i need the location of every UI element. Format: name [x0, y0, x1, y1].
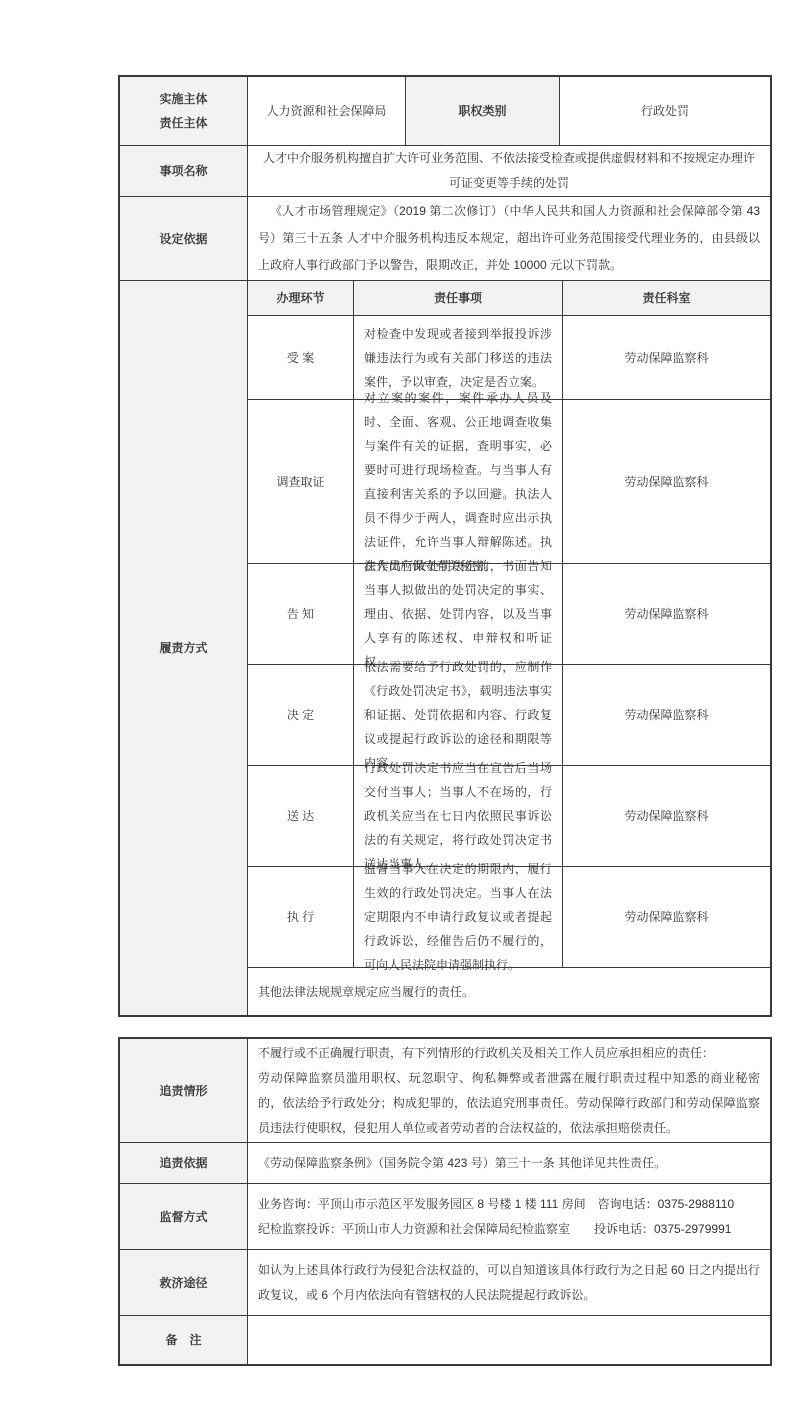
remarks-value — [248, 1316, 770, 1364]
duty-dept-cell: 劳动保障监察科 — [563, 665, 770, 765]
duty-row-investigate: 调查取证 对立案的案件，案件承办人员及时、全面、客观、公正地调查收集与案件有关的… — [248, 400, 770, 564]
accountability-basis-row: 追责依据 《劳动保障监察条例》（国务院令第 423 号）第三十一条 其他详见共性… — [120, 1143, 770, 1184]
duty-footer-row: 其他法律法规规章规定应当履行的责任。 — [248, 968, 770, 1015]
accountability-label: 追责情形 — [120, 1039, 248, 1142]
duty-dept-cell: 劳动保障监察科 — [563, 316, 770, 399]
item-name-value: 人才中介服务机构擅自扩大许可业务范围、不依法接受检查或提供虚假材料和不按规定办理… — [248, 146, 770, 196]
implementing-subject-label: 实施主体 责任主体 — [120, 77, 248, 145]
legal-basis-label: 设定依据 — [120, 197, 248, 280]
duty-col-step: 办理环节 — [248, 281, 354, 315]
duty-step-cell: 受 案 — [248, 316, 354, 399]
duty-dept-cell: 劳动保障监察科 — [563, 867, 770, 967]
responsibility-list-document: 实施主体 责任主体 人力资源和社会保障局 职权类别 行政处罚 事项名称 人才中介… — [118, 75, 772, 1366]
duty-step-cell: 调查取证 — [248, 400, 354, 563]
duty-header-row: 办理环节 责任事项 责任科室 — [248, 281, 770, 316]
supervision-value: 业务咨询：平顶山市示范区平发服务园区 8 号楼 1 楼 111 房间 咨询电话：… — [248, 1184, 770, 1249]
accountability-row: 追责情形 不履行或不正确履行职责，有下列情形的行政机关及相关工作人员应承担相应的… — [120, 1039, 770, 1143]
duty-desc-cell: 对立案的案件，案件承办人员及时、全面、客观、公正地调查收集与案件有关的证据，查明… — [354, 400, 563, 563]
duty-step-cell: 告 知 — [248, 564, 354, 664]
document-page: 实施主体 责任主体 人力资源和社会保障局 职权类别 行政处罚 事项名称 人才中介… — [0, 0, 793, 1407]
item-name-label: 事项名称 — [120, 146, 248, 196]
remedy-label: 救济途径 — [120, 1250, 248, 1315]
supervision-row: 监督方式 业务咨询：平顶山市示范区平发服务园区 8 号楼 1 楼 111 房间 … — [120, 1184, 770, 1250]
accountability-basis-label: 追责依据 — [120, 1143, 248, 1183]
duty-dept-cell: 劳动保障监察科 — [563, 400, 770, 563]
supervision-label: 监督方式 — [120, 1184, 248, 1249]
subject-row: 实施主体 责任主体 人力资源和社会保障局 职权类别 行政处罚 — [120, 77, 770, 146]
legal-basis-value: 《人才市场管理规定》（2019 第二次修订）（中华人民共和国人力资源和社会保障部… — [248, 197, 770, 280]
duty-desc-cell: 监督当事人在决定的期限内，履行生效的行政处罚决定。当事人在法定期限内不申请行政复… — [354, 867, 563, 967]
duty-step-cell: 执 行 — [248, 867, 354, 967]
duty-row-deliver: 送 达 行政处罚决定书应当在宣告后当场交付当事人；当事人不在场的，行政机关应当在… — [248, 766, 770, 867]
remedy-value: 如认为上述具体行政行为侵犯合法权益的，可以自知道该具体行政行为之日起 60 日之… — [248, 1250, 770, 1315]
duty-row-execute: 执 行 监督当事人在决定的期限内，履行生效的行政处罚决定。当事人在法定期限内不申… — [248, 867, 770, 968]
duty-method-row: 履责方式 办理环节 责任事项 责任科室 受 案 对检查中发现或者接到举报投诉涉嫌… — [120, 281, 770, 1015]
duty-desc-cell: 依法需要给予行政处罚的，应制作《行政处罚决定书》，载明违法事实和证据、处罚依据和… — [354, 665, 563, 765]
duty-row-decide: 决 定 依法需要给予行政处罚的，应制作《行政处罚决定书》，载明违法事实和证据、处… — [248, 665, 770, 766]
duty-method-label: 履责方式 — [120, 281, 248, 1015]
duty-col-responsibility: 责任事项 — [354, 281, 563, 315]
accountability-table: 追责情形 不履行或不正确履行职责，有下列情形的行政机关及相关工作人员应承担相应的… — [118, 1037, 772, 1366]
item-name-row: 事项名称 人才中介服务机构擅自扩大许可业务范围、不依法接受检查或提供虚假材料和不… — [120, 146, 770, 197]
main-table: 实施主体 责任主体 人力资源和社会保障局 职权类别 行政处罚 事项名称 人才中介… — [118, 75, 772, 1017]
duty-desc-cell: 在作出行政处罚决定前，书面告知当事人拟做出的处罚决定的事实、理由、依据、处罚内容… — [354, 564, 563, 664]
duty-row-notify: 告 知 在作出行政处罚决定前，书面告知当事人拟做出的处罚决定的事实、理由、依据、… — [248, 564, 770, 665]
duty-dept-cell: 劳动保障监察科 — [563, 564, 770, 664]
duty-table: 办理环节 责任事项 责任科室 受 案 对检查中发现或者接到举报投诉涉嫌违法行为或… — [248, 281, 770, 1015]
authority-category-value: 行政处罚 — [560, 77, 770, 145]
duty-desc-cell: 行政处罚决定书应当在宣告后当场交付当事人；当事人不在场的，行政机关应当在七日内依… — [354, 766, 563, 866]
accountability-basis-value: 《劳动保障监察条例》（国务院令第 423 号）第三十一条 其他详见共性责任。 — [248, 1143, 770, 1183]
accountability-value: 不履行或不正确履行职责，有下列情形的行政机关及相关工作人员应承担相应的责任： 劳… — [248, 1039, 770, 1142]
duty-step-cell: 送 达 — [248, 766, 354, 866]
duty-footer-cell: 其他法律法规规章规定应当履行的责任。 — [248, 968, 770, 1015]
legal-basis-row: 设定依据 《人才市场管理规定》（2019 第二次修订）（中华人民共和国人力资源和… — [120, 197, 770, 281]
duty-dept-cell: 劳动保障监察科 — [563, 766, 770, 866]
remarks-row: 备 注 — [120, 1316, 770, 1364]
remarks-label: 备 注 — [120, 1316, 248, 1364]
duty-step-cell: 决 定 — [248, 665, 354, 765]
remedy-row: 救济途径 如认为上述具体行政行为侵犯合法权益的，可以自知道该具体行政行为之日起 … — [120, 1250, 770, 1316]
duty-col-department: 责任科室 — [563, 281, 770, 315]
authority-category-label: 职权类别 — [406, 77, 560, 145]
implementing-subject-value: 人力资源和社会保障局 — [248, 77, 406, 145]
